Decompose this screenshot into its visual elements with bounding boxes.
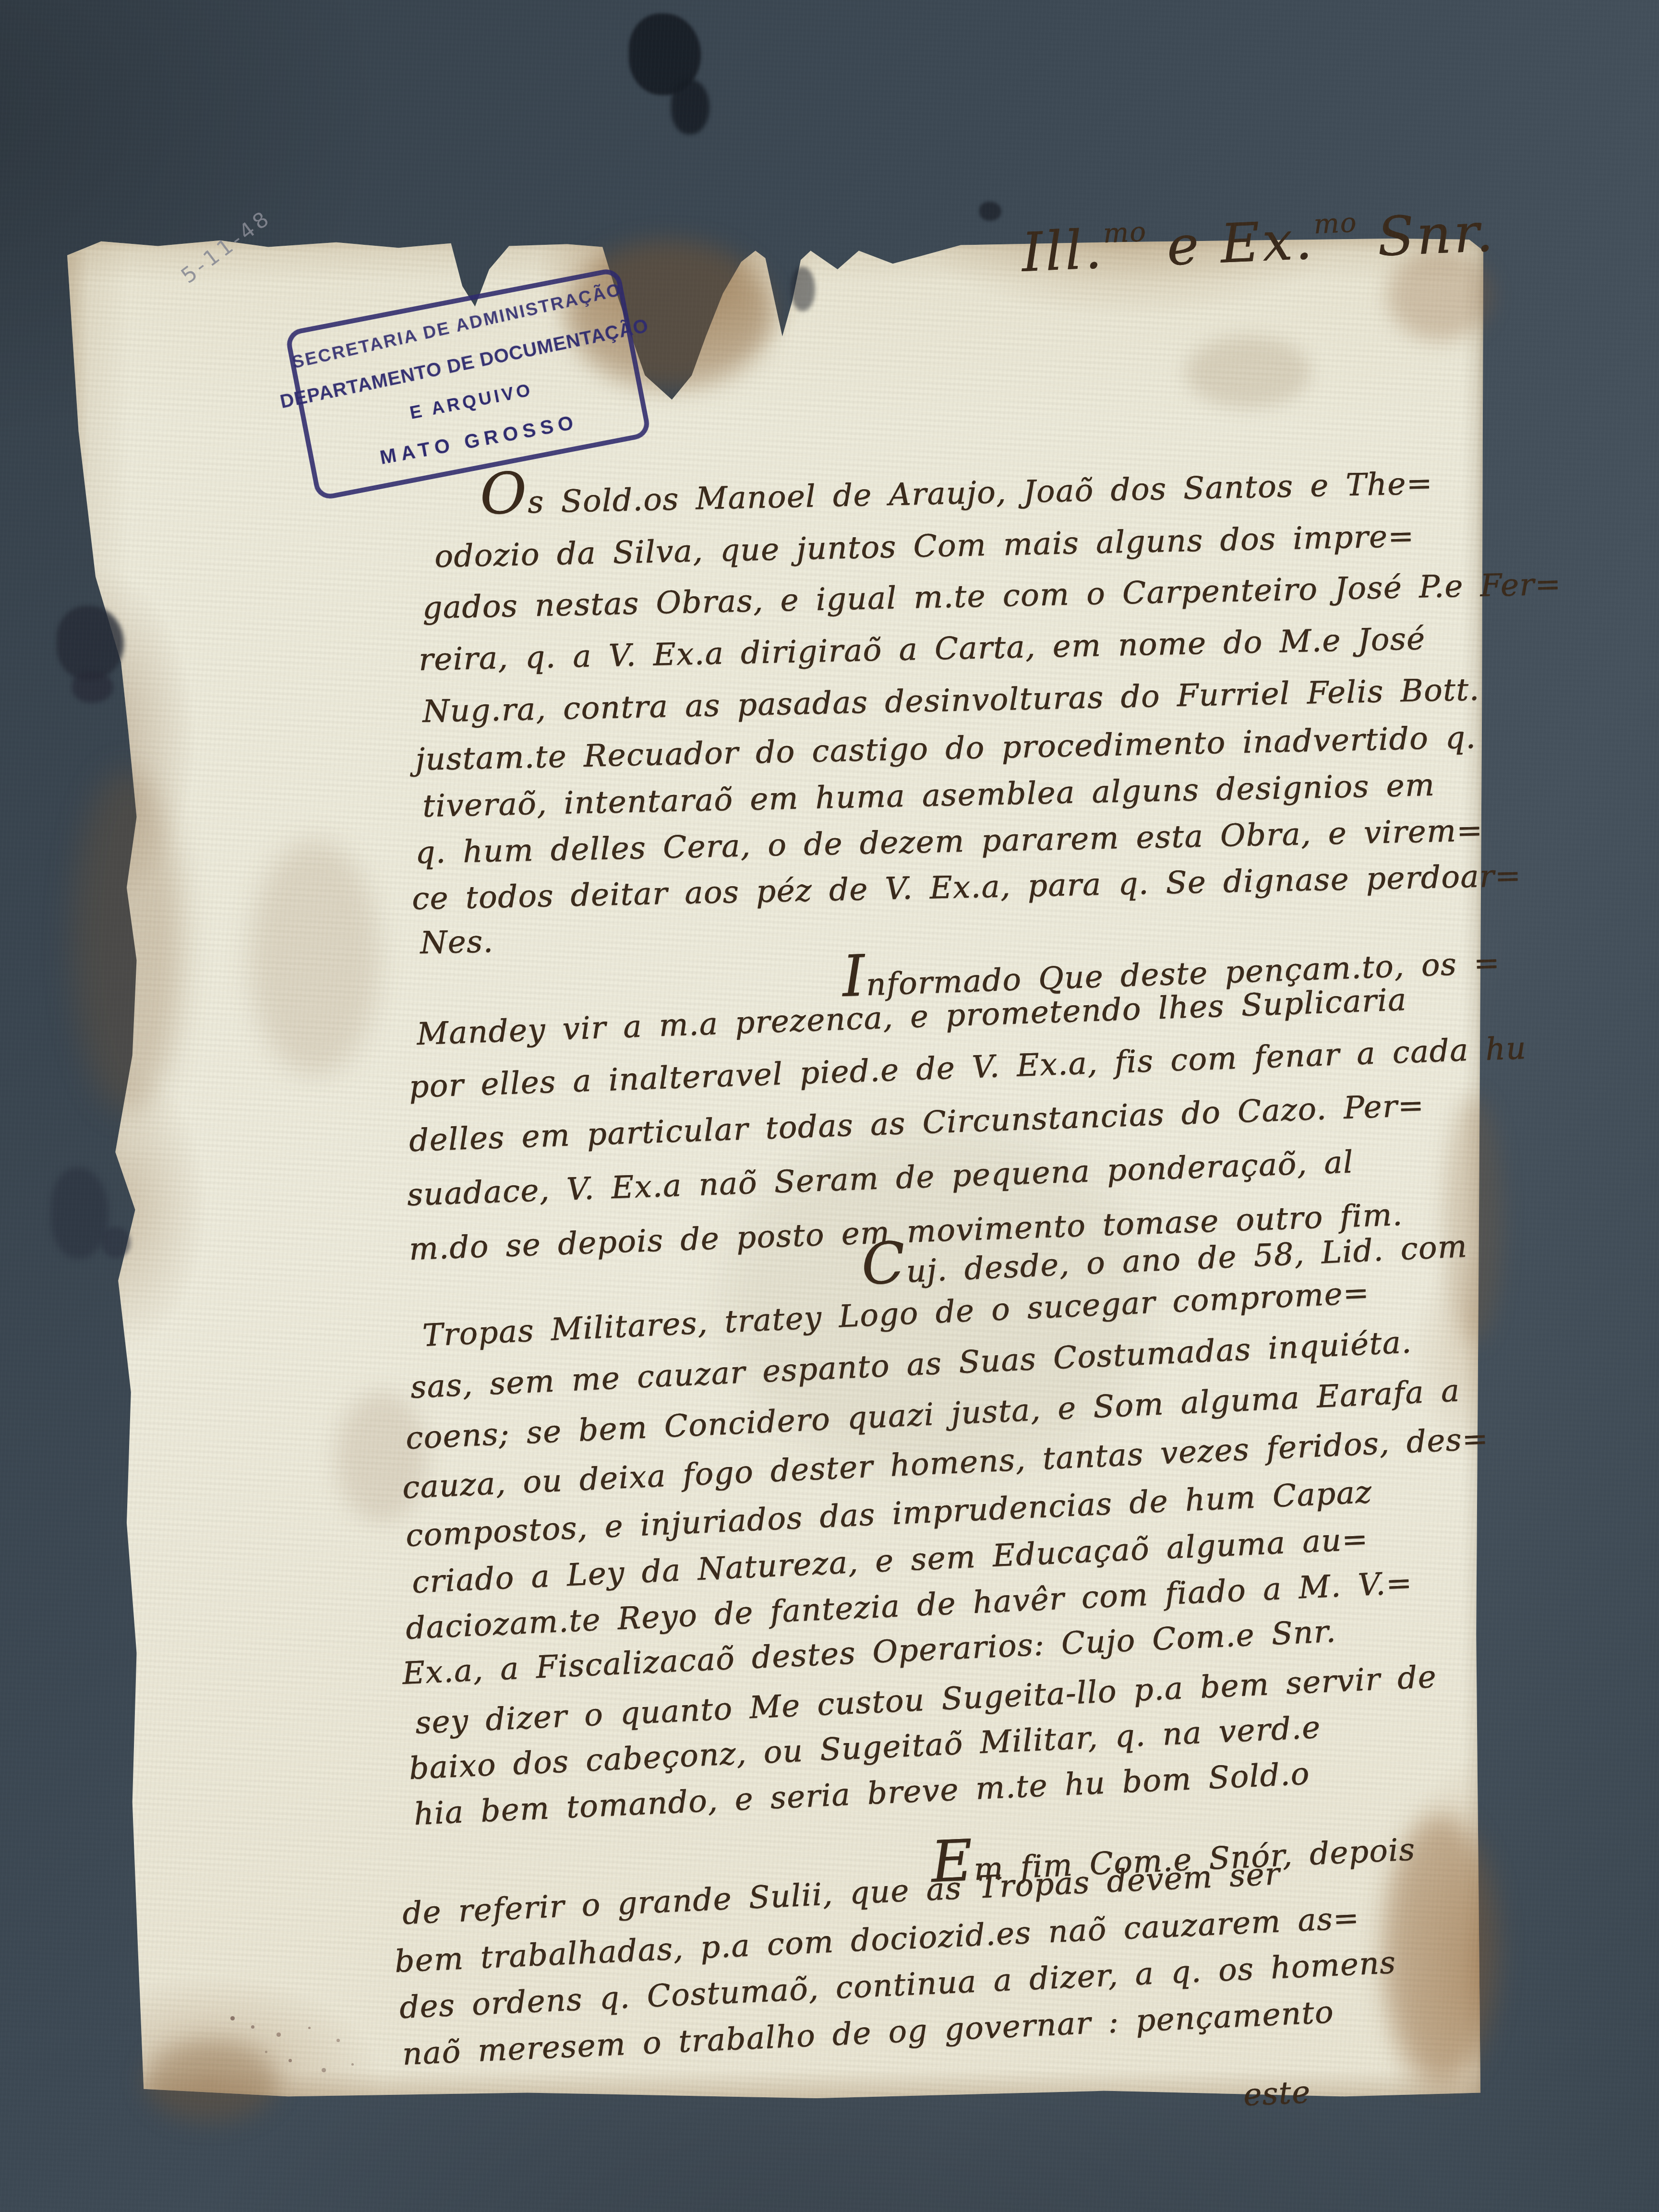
salutation-text: e Ex. bbox=[1146, 209, 1315, 278]
edge-ink-smear bbox=[72, 671, 113, 703]
background-ink-blot bbox=[671, 79, 709, 134]
scanned-document: 5-11-48 SECRETARIA DE ADMINISTRAÇÃO DEPA… bbox=[0, 0, 1659, 2212]
stamp-line-3: E ARQUIVO bbox=[408, 380, 534, 423]
edge-ink-smear bbox=[51, 1167, 108, 1259]
salutation-superscript: mo bbox=[1313, 207, 1358, 240]
background-ink-blot bbox=[629, 13, 701, 95]
manuscript-line: Nes. bbox=[420, 925, 494, 961]
salutation-text: Ill. bbox=[1020, 218, 1105, 284]
salutation-text: Snr. bbox=[1357, 201, 1497, 269]
background-ink-blot bbox=[979, 202, 1001, 221]
foxing-specks bbox=[230, 2016, 235, 2020]
salutation-superscript: mo bbox=[1102, 216, 1147, 249]
manuscript-line: este bbox=[1242, 2076, 1311, 2113]
